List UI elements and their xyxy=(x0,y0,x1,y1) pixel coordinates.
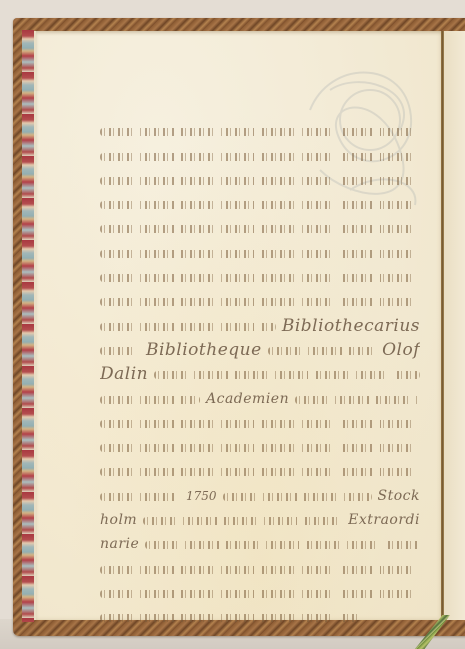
text-line: narie xyxy=(100,529,420,553)
illegible-text xyxy=(100,396,200,404)
illegible-text xyxy=(268,347,376,355)
illegible-text xyxy=(100,274,420,282)
emphasized-word: Bibliotheque xyxy=(146,341,262,359)
text-line: Dalin xyxy=(100,359,420,383)
illegible-text xyxy=(100,323,276,331)
text-line: 1750 Stock xyxy=(100,480,420,504)
illegible-text xyxy=(100,420,420,428)
illegible-text xyxy=(100,153,420,161)
year-text: 1750 xyxy=(186,489,217,503)
illegible-text xyxy=(154,371,420,379)
text-line xyxy=(100,189,420,213)
text-line: Bibliothecarius xyxy=(100,310,420,334)
emphasized-word: Olof xyxy=(382,341,420,359)
illegible-text xyxy=(100,225,420,233)
text-line xyxy=(100,213,420,237)
illegible-text xyxy=(143,517,342,525)
text-line xyxy=(100,602,420,626)
text-line xyxy=(100,165,420,189)
illegible-text xyxy=(100,468,420,476)
illegible-text xyxy=(100,614,360,622)
illegible-text xyxy=(100,590,420,598)
text-line xyxy=(100,140,420,164)
marbled-fore-edge xyxy=(22,30,34,622)
text-line xyxy=(100,286,420,310)
illegible-text xyxy=(100,566,420,574)
facing-page-edge xyxy=(444,31,465,620)
emphasized-word: narie xyxy=(100,535,139,553)
text-line xyxy=(100,578,420,602)
text-line xyxy=(100,456,420,480)
illegible-text xyxy=(100,128,420,136)
illegible-text xyxy=(100,177,420,185)
illegible-text xyxy=(100,298,420,306)
text-line xyxy=(100,432,420,456)
text-line xyxy=(100,553,420,577)
illegible-text xyxy=(100,347,140,355)
text-line xyxy=(100,408,420,432)
illegible-text xyxy=(100,201,420,209)
illegible-text xyxy=(100,250,420,258)
emphasized-word: Bibliothecarius xyxy=(282,317,420,335)
text-line xyxy=(100,262,420,286)
illegible-text xyxy=(223,493,372,501)
emphasized-word: Academien xyxy=(206,390,289,408)
illegible-text xyxy=(145,541,420,549)
emphasized-word: Dalin xyxy=(100,365,148,383)
manuscript-text: Bibliothecarius Bibliotheque Olof Dalin … xyxy=(100,116,420,626)
text-line xyxy=(100,116,420,140)
emphasized-word: Stock xyxy=(378,487,420,505)
emphasized-word: Extraordi xyxy=(348,511,420,529)
text-line xyxy=(100,237,420,261)
illegible-text xyxy=(100,444,420,452)
text-line: Academien xyxy=(100,383,420,407)
emphasized-word: holm xyxy=(100,511,137,529)
text-line: holm Extraordi xyxy=(100,505,420,529)
illegible-text xyxy=(100,493,180,501)
illegible-text xyxy=(295,396,420,404)
text-line: Bibliotheque Olof xyxy=(100,335,420,359)
